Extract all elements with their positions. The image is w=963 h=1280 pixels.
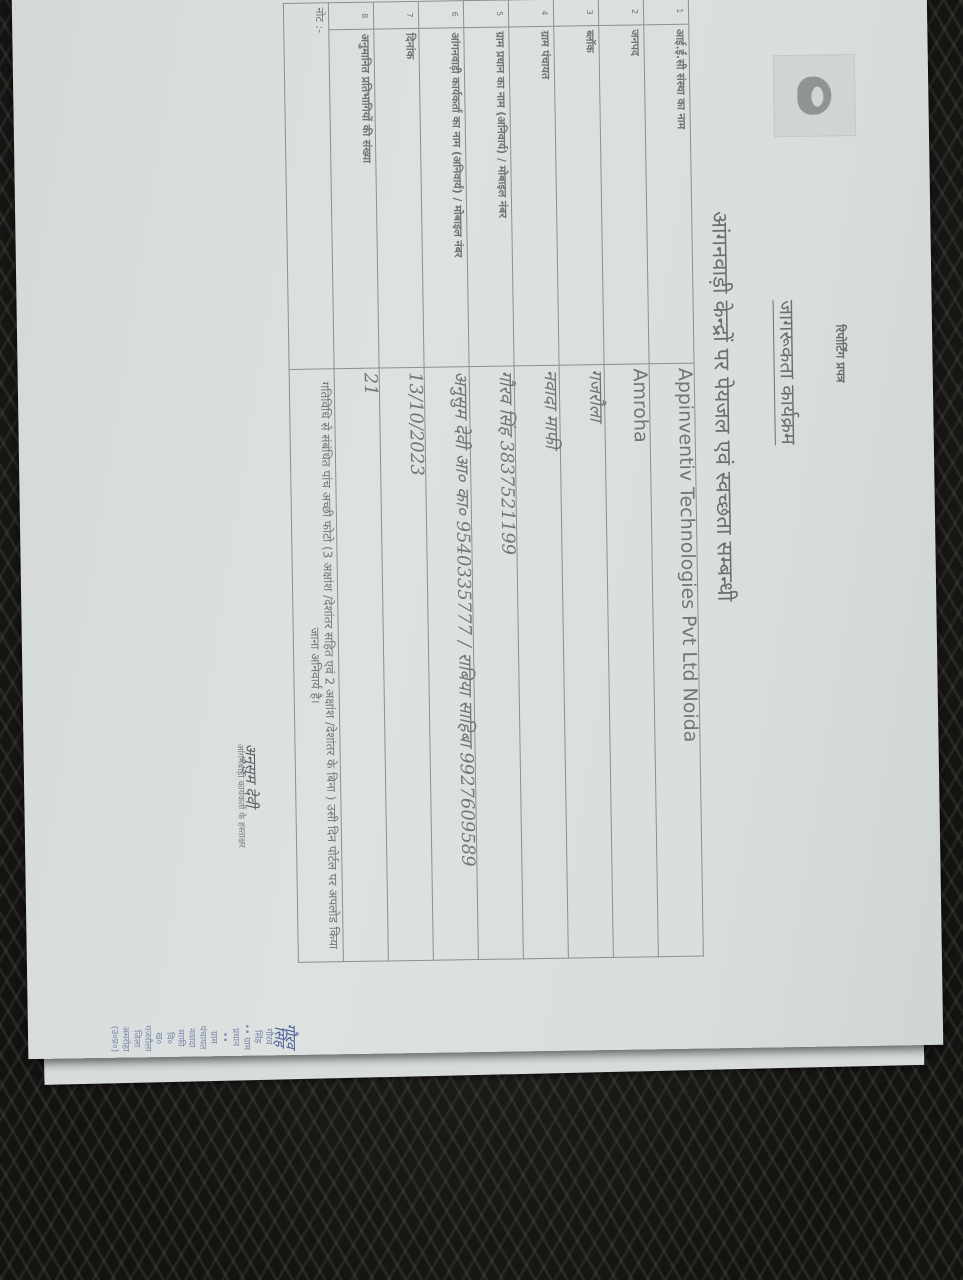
row-number: 8 <box>328 2 373 30</box>
form-title-line2: जागरूकता कार्यक्रम <box>773 300 803 445</box>
row-value: 21 <box>334 368 388 962</box>
row-value: गजरौला <box>559 364 613 958</box>
note-label: नोट :- <box>283 3 334 370</box>
row-number: 6 <box>418 1 463 29</box>
row-value: Amroha <box>604 364 658 958</box>
row-label: ब्लॉक <box>554 26 604 366</box>
row-label: अनुमानित प्रतिभागियों की संख्या <box>329 29 379 369</box>
pradhan-stamp: गौरव सिंह गौरव सिंह •• ग्राम प्रधान •• ग… <box>108 1023 295 1052</box>
form-table: 1आई.ई.सी संस्था का नामAppinventiv Techno… <box>283 0 704 963</box>
reporting-form: जागरूकता कार्यक्रम रिपोर्टिंग प्रपत्र आं… <box>224 0 919 944</box>
row-number: 3 <box>553 0 598 26</box>
row-label: ग्राम प्रधान का नाम (अनिवार्य) / मोबाइल … <box>464 27 514 367</box>
stamp-name: गौरव सिंह <box>251 1023 273 1050</box>
row-number: 7 <box>373 1 418 29</box>
row-value: अनुसुम देवी आ० का० 9540335777 / राबिया स… <box>424 367 478 961</box>
form-title-line1: आंगनवाड़ी केन्द्रों पर पेयजल एवं स्वच्छत… <box>705 211 741 602</box>
stamp-line3: जिला अमरोहा (उ०प्र०) <box>108 1025 141 1052</box>
row-number: 2 <box>598 0 643 26</box>
anganwadi-signature: अनुसुम देवी आंगनबाड़ी कार्यकर्ती के हस्त… <box>233 744 257 848</box>
form-subtitle: रिपोर्टिंग प्रपत्र <box>832 324 850 383</box>
signature-scrawl: अनुसुम देवी <box>244 744 257 848</box>
row-number: 5 <box>463 0 508 28</box>
paper-sheet: जागरूकता कार्यक्रम रिपोर्टिंग प्रपत्र आं… <box>12 0 944 1059</box>
row-label: आंगनवाड़ी कार्यकर्ता का नाम (अनिवार्य) /… <box>419 28 469 368</box>
signature-caption: आंगनबाड़ी कार्यकर्ती के हस्ताक्षर <box>233 744 246 848</box>
row-value: 13/10/2023 <box>379 367 433 961</box>
row-label: दिनांक <box>374 28 424 368</box>
row-value: Appinventiv Technologies Pvt Ltd Noida <box>649 363 703 957</box>
row-label: आई.ई.सी संस्था का नाम <box>644 24 694 364</box>
jal-jeevan-logo-icon <box>773 54 856 137</box>
row-number: 4 <box>508 0 553 27</box>
row-number: 1 <box>643 0 688 25</box>
stamp-line2: ग्राम पंचायत नवादा माफी वि० ख० गजरौला <box>141 1024 218 1052</box>
stamp-signature: गौरव सिंह <box>273 1023 295 1050</box>
row-label: जनपद <box>599 25 649 365</box>
row-value: गौरव सिंह 3837521199 <box>469 366 523 960</box>
row-label: ग्राम पंचायत <box>509 26 559 366</box>
row-value: नवादा माफी <box>514 365 568 959</box>
stamp-line1: •• ग्राम प्रधान •• <box>218 1024 251 1051</box>
